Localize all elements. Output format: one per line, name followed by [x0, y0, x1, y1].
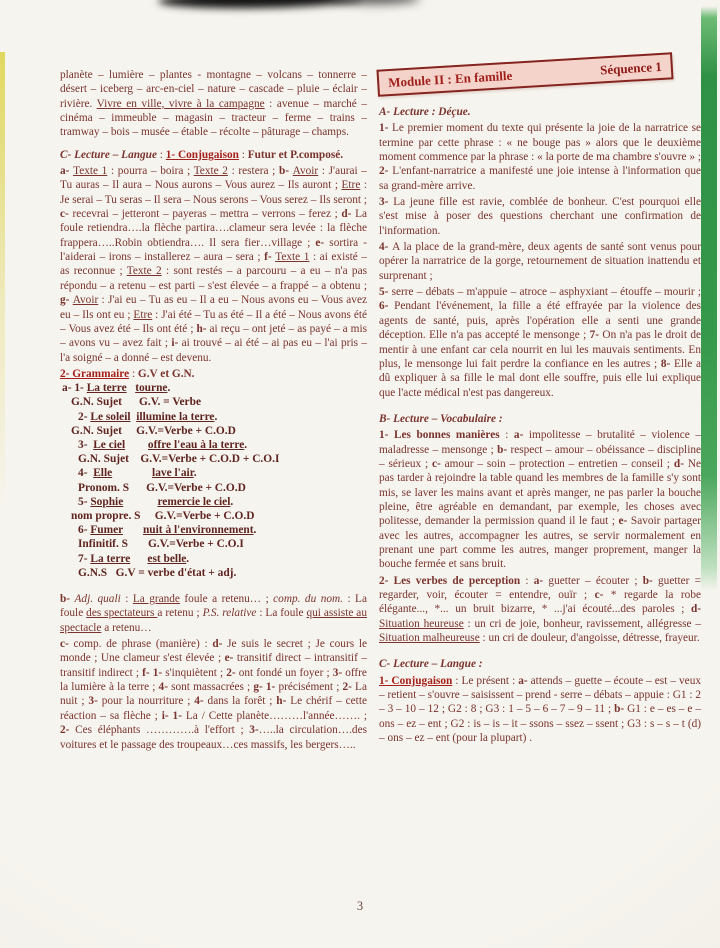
text-run: . [194, 467, 197, 479]
text-run: Texte 2 [194, 165, 228, 177]
text-run: a- [518, 675, 530, 687]
text-run: G.N. Sujet G.V.=Verbe + C.O.D [71, 425, 236, 437]
text-run: 7- [590, 329, 603, 341]
text-run: comp. de phrase (manière) : [74, 638, 213, 650]
grammar-line: 7- La terre est belle. [60, 552, 367, 566]
text-run: 1- Conjugaison [379, 675, 452, 687]
text-run: d- [341, 208, 355, 220]
text-run: G.N.S G.V = verbe d'état + adj. [78, 567, 236, 579]
text-run: a- 1- [62, 382, 87, 394]
text-run: 3- [78, 439, 93, 451]
text-run: f- [264, 251, 275, 263]
text-run: tourne [135, 382, 167, 394]
text-run: 2- [226, 667, 239, 679]
text-run: e- [619, 515, 631, 527]
text-run: précisément ; [278, 681, 342, 693]
text-run: Avoir [73, 294, 99, 306]
heading-a-lecture-decue: A- Lecture : Déçue. [379, 105, 701, 119]
text-run: i- [171, 337, 181, 349]
grammar-line: nom propre. S G.V.=Verbe + C.O.D [60, 509, 367, 523]
grammar-line: G.N. Sujet G.V. = Verbe [60, 395, 367, 409]
text-run: c- [432, 458, 445, 470]
text-run [127, 382, 136, 394]
page-edge-strip [0, 52, 5, 512]
text-run: Situation malheureuse [379, 632, 480, 644]
grammar-line: 6- Fumer nuit à l'environnement. [60, 523, 367, 537]
conjugaison-present-paragraph: 1- Conjugaison : Le présent : a- attends… [379, 674, 701, 746]
text-run: d- [212, 638, 227, 650]
text-run: . [254, 524, 257, 536]
column-left: planète – lumière – plantes - montagne –… [60, 66, 367, 752]
grammar-line: G.N.S G.V = verbe d'état + adj. [60, 566, 367, 580]
text-run: 1- Conjugaison [166, 149, 239, 161]
text-run: 2- Les verbes de perception [379, 575, 520, 587]
text-run: L'enfant-narratrice a manifesté une joie… [379, 165, 701, 191]
text-run: Elle [93, 467, 112, 479]
grammar-line: G.N. Sujet G.V.=Verbe + C.O.D + C.O.I [60, 452, 367, 466]
text-run: Le ciel [93, 439, 125, 451]
book-edge-strip [701, 6, 717, 591]
heading-c-lecture-langue: C- Lecture – Langue : 1- Conjugaison : F… [60, 148, 367, 162]
text-run: 2- [379, 165, 392, 177]
text-run: Texte 1 [275, 251, 309, 263]
text-run: recevrai – jetteront – payeras – mettra … [72, 208, 341, 220]
text-run: 2- [342, 681, 355, 693]
text-run: f- 1- [142, 667, 165, 679]
text-run: A la place de la grand-mère, deux agents… [379, 241, 701, 282]
text-run: 6- [78, 524, 90, 536]
text-run: La terre [90, 553, 130, 565]
grammar-line: Pronom. S G.V.=Verbe + C.O.D [60, 481, 367, 495]
text-run: illumine la terre [136, 411, 214, 423]
text-run: La terre [87, 382, 127, 394]
text-run: Infinitif. S G.V.=Verbe + C.O.I [78, 538, 244, 550]
heading-grammaire: 2- Grammaire : G.V et G.N. [60, 367, 367, 381]
text-run: h- [276, 695, 290, 707]
text-run: a- [60, 165, 73, 177]
text-run: : [500, 429, 514, 441]
column-right: A- Lecture : Déçue.1- Le premier moment … [379, 103, 701, 745]
text-run: Futur et P.composé. [248, 149, 343, 161]
text-run: Fumer [90, 524, 123, 536]
text-run: La jeune fille est ravie, comblée de bon… [379, 196, 701, 237]
text-run: 4- [159, 681, 172, 693]
text-run: b- [497, 444, 510, 456]
text-run: b- [643, 575, 658, 587]
text-run: 5- [379, 286, 392, 298]
text-run: a retenu ; [157, 607, 202, 619]
text-run: c- [60, 208, 72, 220]
text-run: Le premier moment du texte qui présente … [379, 122, 701, 163]
sequence-title: Séquence 1 [600, 58, 663, 78]
text-run: lave l'air [152, 467, 194, 479]
text-run: sont massacrées ; [171, 681, 253, 693]
text-run: : [520, 575, 534, 587]
text-run: : Le présent : [452, 675, 518, 687]
verbes-perception-paragraph: 2- Les verbes de perception : a- guetter… [379, 574, 701, 646]
text-run: e- [315, 237, 329, 249]
grammar-line: 3- Le ciel offre l'eau à la terre. [60, 438, 367, 452]
text-run: d- [674, 458, 688, 470]
lecture-answers-1-2: 1- Le premier moment du texte qui présen… [379, 121, 701, 193]
text-run: 2- [60, 724, 75, 736]
text-run: g- [60, 294, 73, 306]
grammar-line: 2- Le soleil illumine la terre. [60, 410, 367, 424]
text-run: b- [60, 593, 75, 605]
text-run: Texte 1 [73, 165, 107, 177]
text-run: s'inquiètent ; [165, 667, 226, 679]
text-run: dans la forêt ; [208, 695, 277, 707]
text-run: 3- [88, 695, 101, 707]
adjectif-paragraph: b- Adj. quali : La grande foule a retenu… [60, 592, 367, 635]
text-run: e- [225, 652, 237, 664]
text-run: a retenu… [101, 622, 151, 634]
text-run: : [157, 149, 166, 161]
text-run: 2- [78, 411, 90, 423]
text-run: comp. du nom. [273, 593, 343, 605]
text-run: 1- Les bonnes manières [379, 429, 500, 441]
text-run: 3- [333, 667, 346, 679]
page-number: 3 [0, 899, 720, 914]
text-run: remercie le ciel [157, 496, 230, 508]
text-run: g- 1- [253, 681, 278, 693]
text-run: 4- [194, 695, 207, 707]
text-run: 5- [78, 496, 90, 508]
text-run: des spectateurs [86, 607, 157, 619]
conjugaison-answers-paragraph: a- Texte 1 : pourra – boira ; Texte 2 : … [60, 164, 367, 365]
text-run: b- [614, 703, 627, 715]
text-run: amour – soin – protection – entretien – … [445, 458, 674, 470]
text-run: : pourra – boira ; [107, 165, 193, 177]
text-run: i- 1- [162, 710, 186, 722]
text-run [125, 439, 148, 451]
text-run: ont fondé un foyer ; [239, 667, 333, 679]
text-run: Sophie [90, 496, 123, 508]
text-run: : restera ; [228, 165, 279, 177]
text-run: 2- Grammaire [60, 368, 129, 380]
text-run: : [121, 593, 133, 605]
grammar-line: 4- Elle lave l'air. [60, 466, 367, 480]
text-run: P.S. relative [203, 607, 257, 619]
text-run: Pronom. S G.V.=Verbe + C.O.D [78, 482, 246, 494]
text-run: b- [279, 165, 293, 177]
text-run: B- Lecture – Vocabulaire : [379, 413, 503, 425]
text-run: . [214, 411, 217, 423]
text-run: Etre [133, 309, 152, 321]
complements-paragraph: c- comp. de phrase (manière) : d- Je sui… [60, 637, 367, 752]
text-run: 4- [379, 241, 392, 253]
text-run: G.V et G.N. [138, 368, 195, 380]
text-run: 6- [379, 300, 394, 312]
text-run [123, 496, 157, 508]
vocab-nature-paragraph: planète – lumière – plantes - montagne –… [60, 68, 367, 140]
text-run: 4- [78, 467, 93, 479]
lecture-answers-5-8: 5- serre – débats – m'appuie – atroce – … [379, 285, 701, 400]
text-run: . [244, 439, 247, 451]
text-run: : un cri de douleur, d'angoisse, détress… [480, 632, 700, 644]
text-run: c- [595, 589, 611, 601]
text-run: a- [514, 429, 529, 441]
heading-b-lecture-vocabulaire: B- Lecture – Vocabulaire : [379, 412, 701, 426]
text-run: 3- [249, 724, 258, 736]
text-run: nuit à l'environnement [143, 524, 254, 536]
grammar-line: 5- Sophie remercie le ciel. [60, 495, 367, 509]
text-run: nom propre. S G.V.=Verbe + C.O.D [71, 510, 254, 522]
text-run: 7- [78, 553, 90, 565]
text-run: c- [60, 638, 74, 650]
grammar-line: Infinitif. S G.V.=Verbe + C.O.I [60, 537, 367, 551]
text-run: 8- [661, 358, 674, 370]
text-run [130, 553, 147, 565]
text-run: offre l'eau à la terre [148, 439, 244, 451]
text-run: 1- [379, 122, 392, 134]
text-run: La grande [133, 593, 180, 605]
lecture-answer-4: 4- A la place de la grand-mère, deux age… [379, 240, 701, 283]
grammar-line: G.N. Sujet G.V.=Verbe + C.O.D [60, 424, 367, 438]
text-run: serre – débats – m'appuie – atroce – asp… [392, 286, 701, 298]
text-run: guetter – écouter ; [548, 575, 642, 587]
text-run: Ces éléphants ………….à l'effort ; [75, 724, 249, 736]
text-run: h- [196, 323, 209, 335]
text-run: Etre [342, 179, 361, 191]
text-run: : [129, 368, 138, 380]
text-run: : La foule [256, 607, 306, 619]
text-run: Le soleil [90, 411, 130, 423]
text-run: : [239, 149, 248, 161]
text-run: C- Lecture – Langue : [379, 658, 483, 670]
text-run: . [230, 496, 233, 508]
text-run: a- [534, 575, 549, 587]
text-run: d- [691, 603, 701, 615]
text-run: Adj. quali [75, 593, 121, 605]
text-run: Avoir [293, 165, 319, 177]
text-run [123, 524, 143, 536]
text-run: A- Lecture : Déçue. [379, 106, 471, 118]
text-run: pour la nourriture ; [102, 695, 195, 707]
text-run: La / Cette planète………l'année……. ; [186, 710, 367, 722]
lecture-answer-3: 3- La jeune fille est ravie, comblée de … [379, 195, 701, 238]
text-run: 3- [379, 196, 393, 208]
text-run: Situation heureuse [379, 618, 464, 630]
text-run: Texte 2 [127, 265, 162, 277]
grammar-line: a- 1- La terre tourne. [60, 381, 367, 395]
text-run: : un cri de joie, bonheur, ravissement, … [464, 618, 701, 630]
text-run: . [167, 382, 170, 394]
text-run [112, 467, 152, 479]
text-run: Vivre en ville, vivre à la campagne [97, 98, 265, 110]
text-run: . [186, 553, 189, 565]
heading-c-lecture-langue-right: C- Lecture – Langue : [379, 657, 701, 671]
module-title: Module II : En famille [388, 67, 513, 90]
text-run: G.N. Sujet G.V.=Verbe + C.O.D + C.O.I [78, 453, 279, 465]
text-run: G.N. Sujet G.V. = Verbe [71, 396, 201, 408]
text-run: foule a retenu… ; [180, 593, 273, 605]
text-run: est belle [147, 553, 186, 565]
bonnes-manieres-paragraph: 1- Les bonnes manières : a- impolitesse … [379, 428, 701, 571]
text-run: C- Lecture – Langue [60, 149, 157, 161]
